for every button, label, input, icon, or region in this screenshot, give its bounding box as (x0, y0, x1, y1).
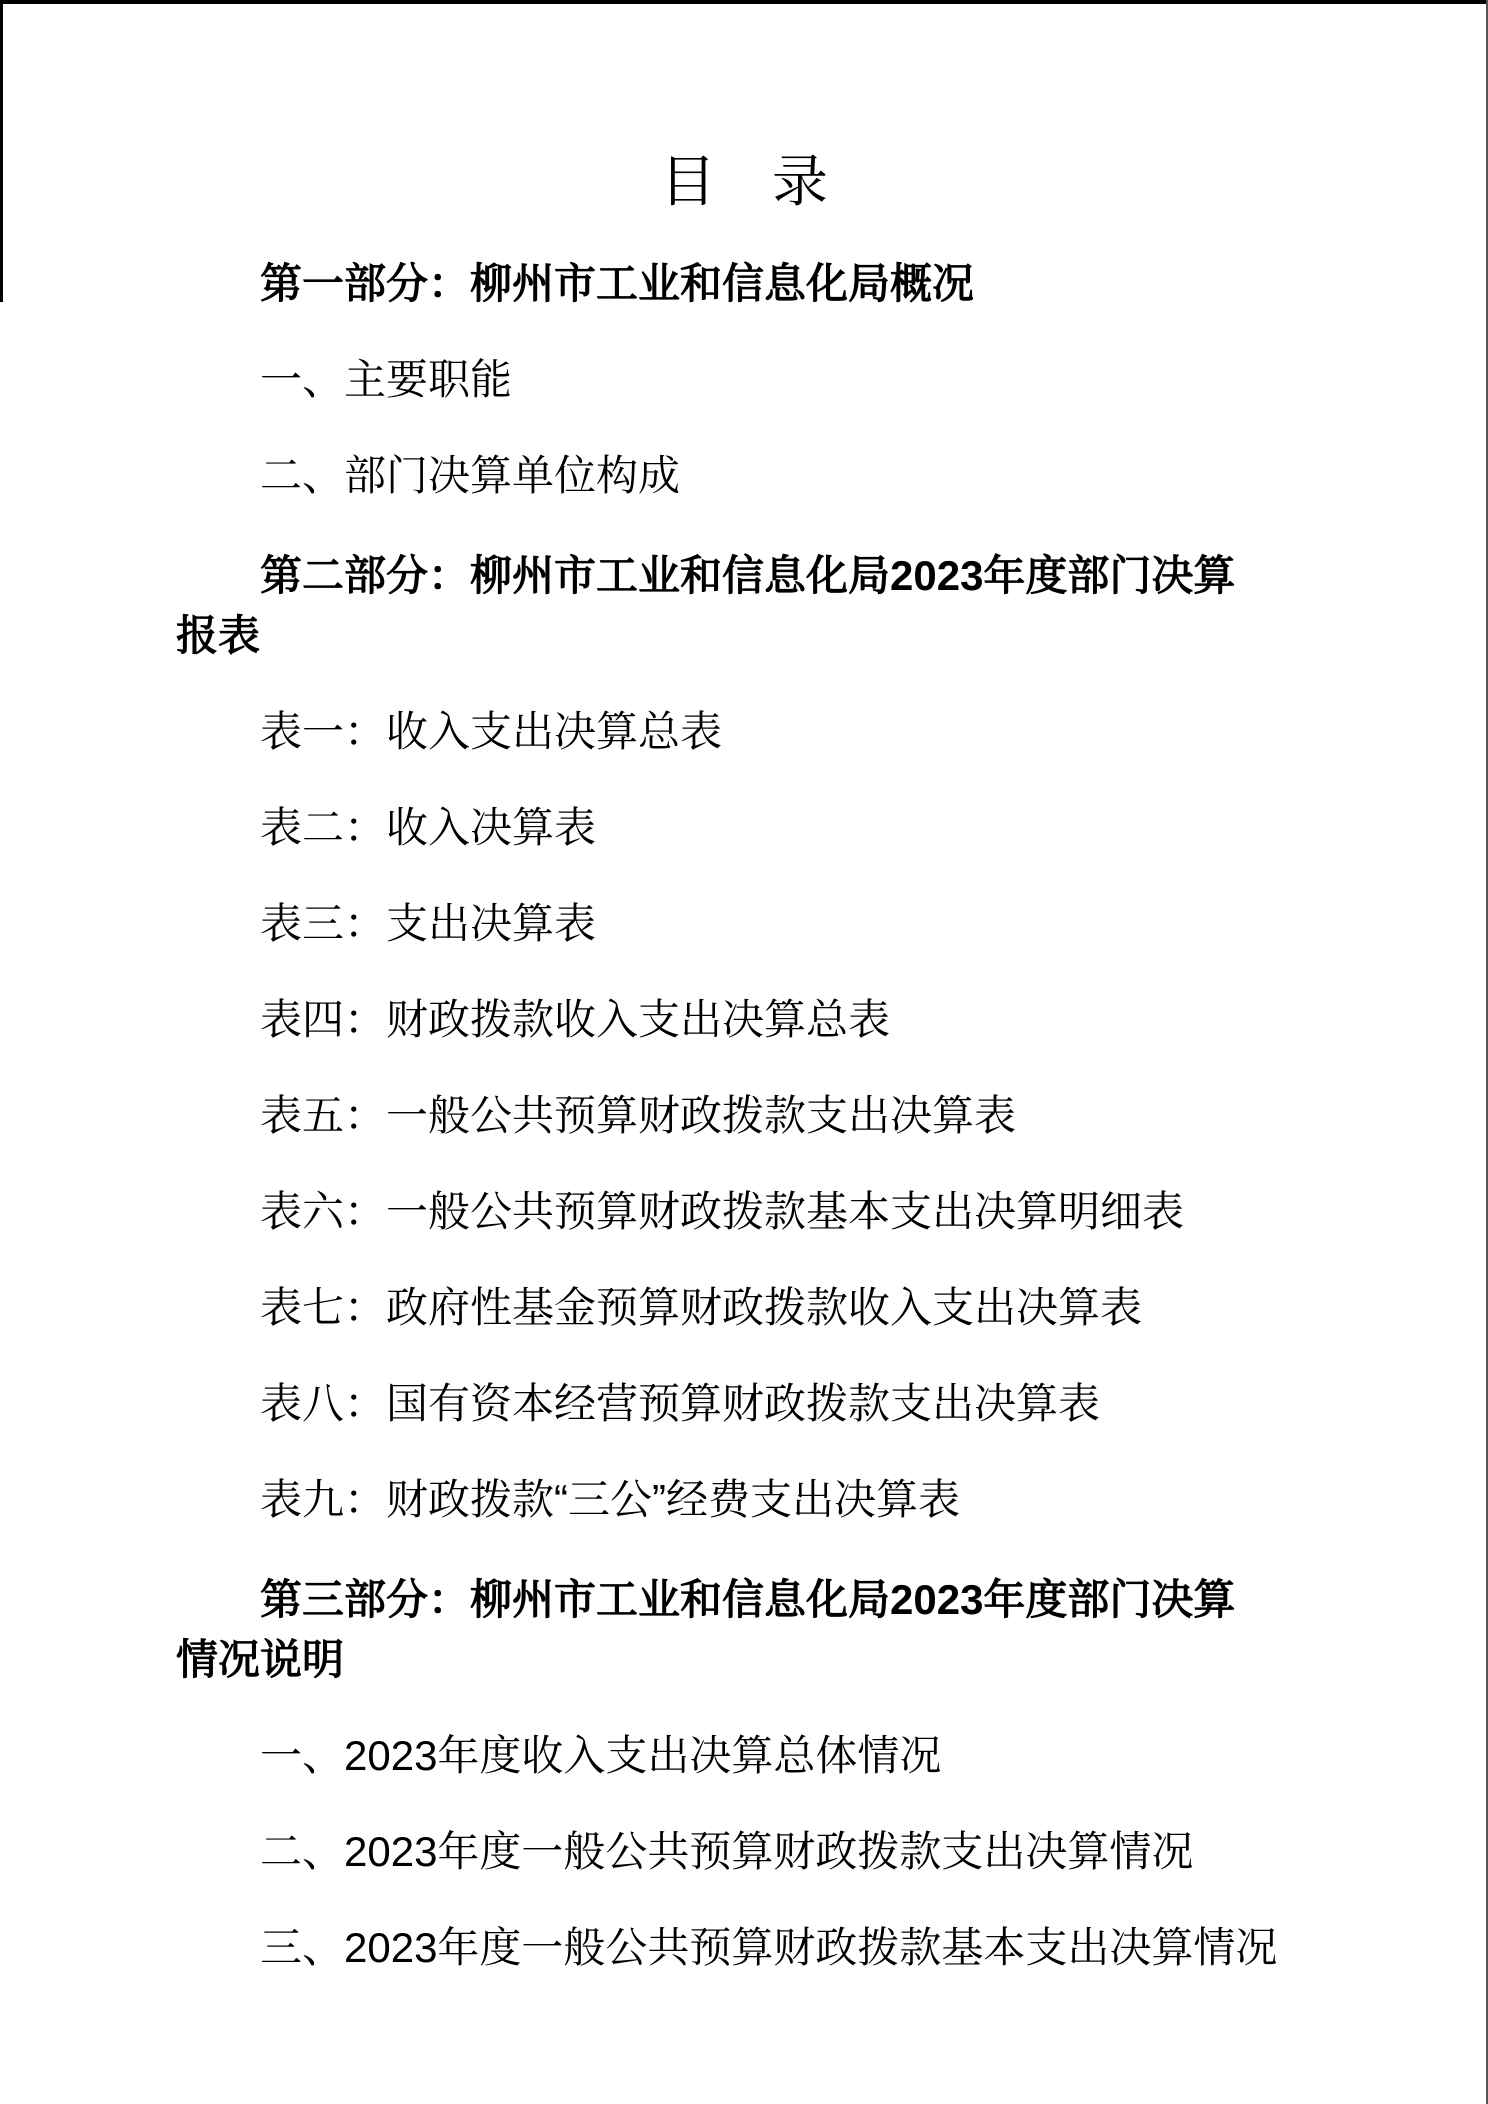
toc-line: 二、部门决算单位构成 (176, 446, 1312, 506)
toc-line: 表三：支出决算表 (176, 894, 1312, 954)
toc-item: 一、主要职能 (176, 350, 1312, 410)
toc-item: 一、2023年度收入支出决算总体情况 (176, 1726, 1312, 1786)
toc-item: 表四：财政拨款收入支出决算总表 (176, 990, 1312, 1050)
toc-item: 表二：收入决算表 (176, 798, 1312, 858)
toc-item: 表三：支出决算表 (176, 894, 1312, 954)
toc-line: 表五：一般公共预算财政拨款支出决算表 (176, 1086, 1312, 1146)
toc-document: 目 录 第一部分：柳州市工业和信息化局概况一、主要职能二、部门决算单位构成第二部… (0, 0, 1488, 1978)
toc-line: 表四：财政拨款收入支出决算总表 (176, 990, 1312, 1050)
toc-list: 第一部分：柳州市工业和信息化局概况一、主要职能二、部门决算单位构成第二部分：柳州… (176, 254, 1312, 1978)
toc-line: 第一部分：柳州市工业和信息化局概况 (176, 254, 1312, 314)
toc-line: 报表 (176, 606, 1312, 666)
toc-line: 表六：一般公共预算财政拨款基本支出决算明细表 (176, 1182, 1312, 1242)
toc-item: 表一：收入支出决算总表 (176, 702, 1312, 762)
page-title: 目 录 (176, 150, 1312, 214)
document-page: 目 录 第一部分：柳州市工业和信息化局概况一、主要职能二、部门决算单位构成第二部… (0, 0, 1488, 2104)
toc-line: 二、2023年度一般公共预算财政拨款支出决算情况 (176, 1822, 1312, 1882)
toc-line: 三、2023年度一般公共预算财政拨款基本支出决算情况 (176, 1918, 1312, 1978)
toc-line: 表一：收入支出决算总表 (176, 702, 1312, 762)
toc-item: 二、2023年度一般公共预算财政拨款支出决算情况 (176, 1822, 1312, 1882)
toc-line: 一、主要职能 (176, 350, 1312, 410)
toc-section-heading: 第三部分：柳州市工业和信息化局2023年度部门决算情况说明 (176, 1570, 1312, 1690)
toc-item: 表五：一般公共预算财政拨款支出决算表 (176, 1086, 1312, 1146)
toc-line: 第二部分：柳州市工业和信息化局2023年度部门决算 (176, 546, 1312, 606)
toc-section-heading: 第一部分：柳州市工业和信息化局概况 (176, 254, 1312, 314)
toc-item: 三、2023年度一般公共预算财政拨款基本支出决算情况 (176, 1918, 1312, 1978)
toc-line: 情况说明 (176, 1630, 1312, 1690)
toc-line: 第三部分：柳州市工业和信息化局2023年度部门决算 (176, 1570, 1312, 1630)
toc-item: 表九：财政拨款“三公”经费支出决算表 (176, 1470, 1312, 1530)
toc-item: 表七：政府性基金预算财政拨款收入支出决算表 (176, 1278, 1312, 1338)
toc-item: 表六：一般公共预算财政拨款基本支出决算明细表 (176, 1182, 1312, 1242)
toc-item: 表八：国有资本经营预算财政拨款支出决算表 (176, 1374, 1312, 1434)
toc-line: 表八：国有资本经营预算财政拨款支出决算表 (176, 1374, 1312, 1434)
toc-section-heading: 第二部分：柳州市工业和信息化局2023年度部门决算报表 (176, 546, 1312, 666)
toc-line: 一、2023年度收入支出决算总体情况 (176, 1726, 1312, 1786)
toc-line: 表七：政府性基金预算财政拨款收入支出决算表 (176, 1278, 1312, 1338)
toc-line: 表九：财政拨款“三公”经费支出决算表 (176, 1470, 1312, 1530)
toc-item: 二、部门决算单位构成 (176, 446, 1312, 506)
toc-line: 表二：收入决算表 (176, 798, 1312, 858)
